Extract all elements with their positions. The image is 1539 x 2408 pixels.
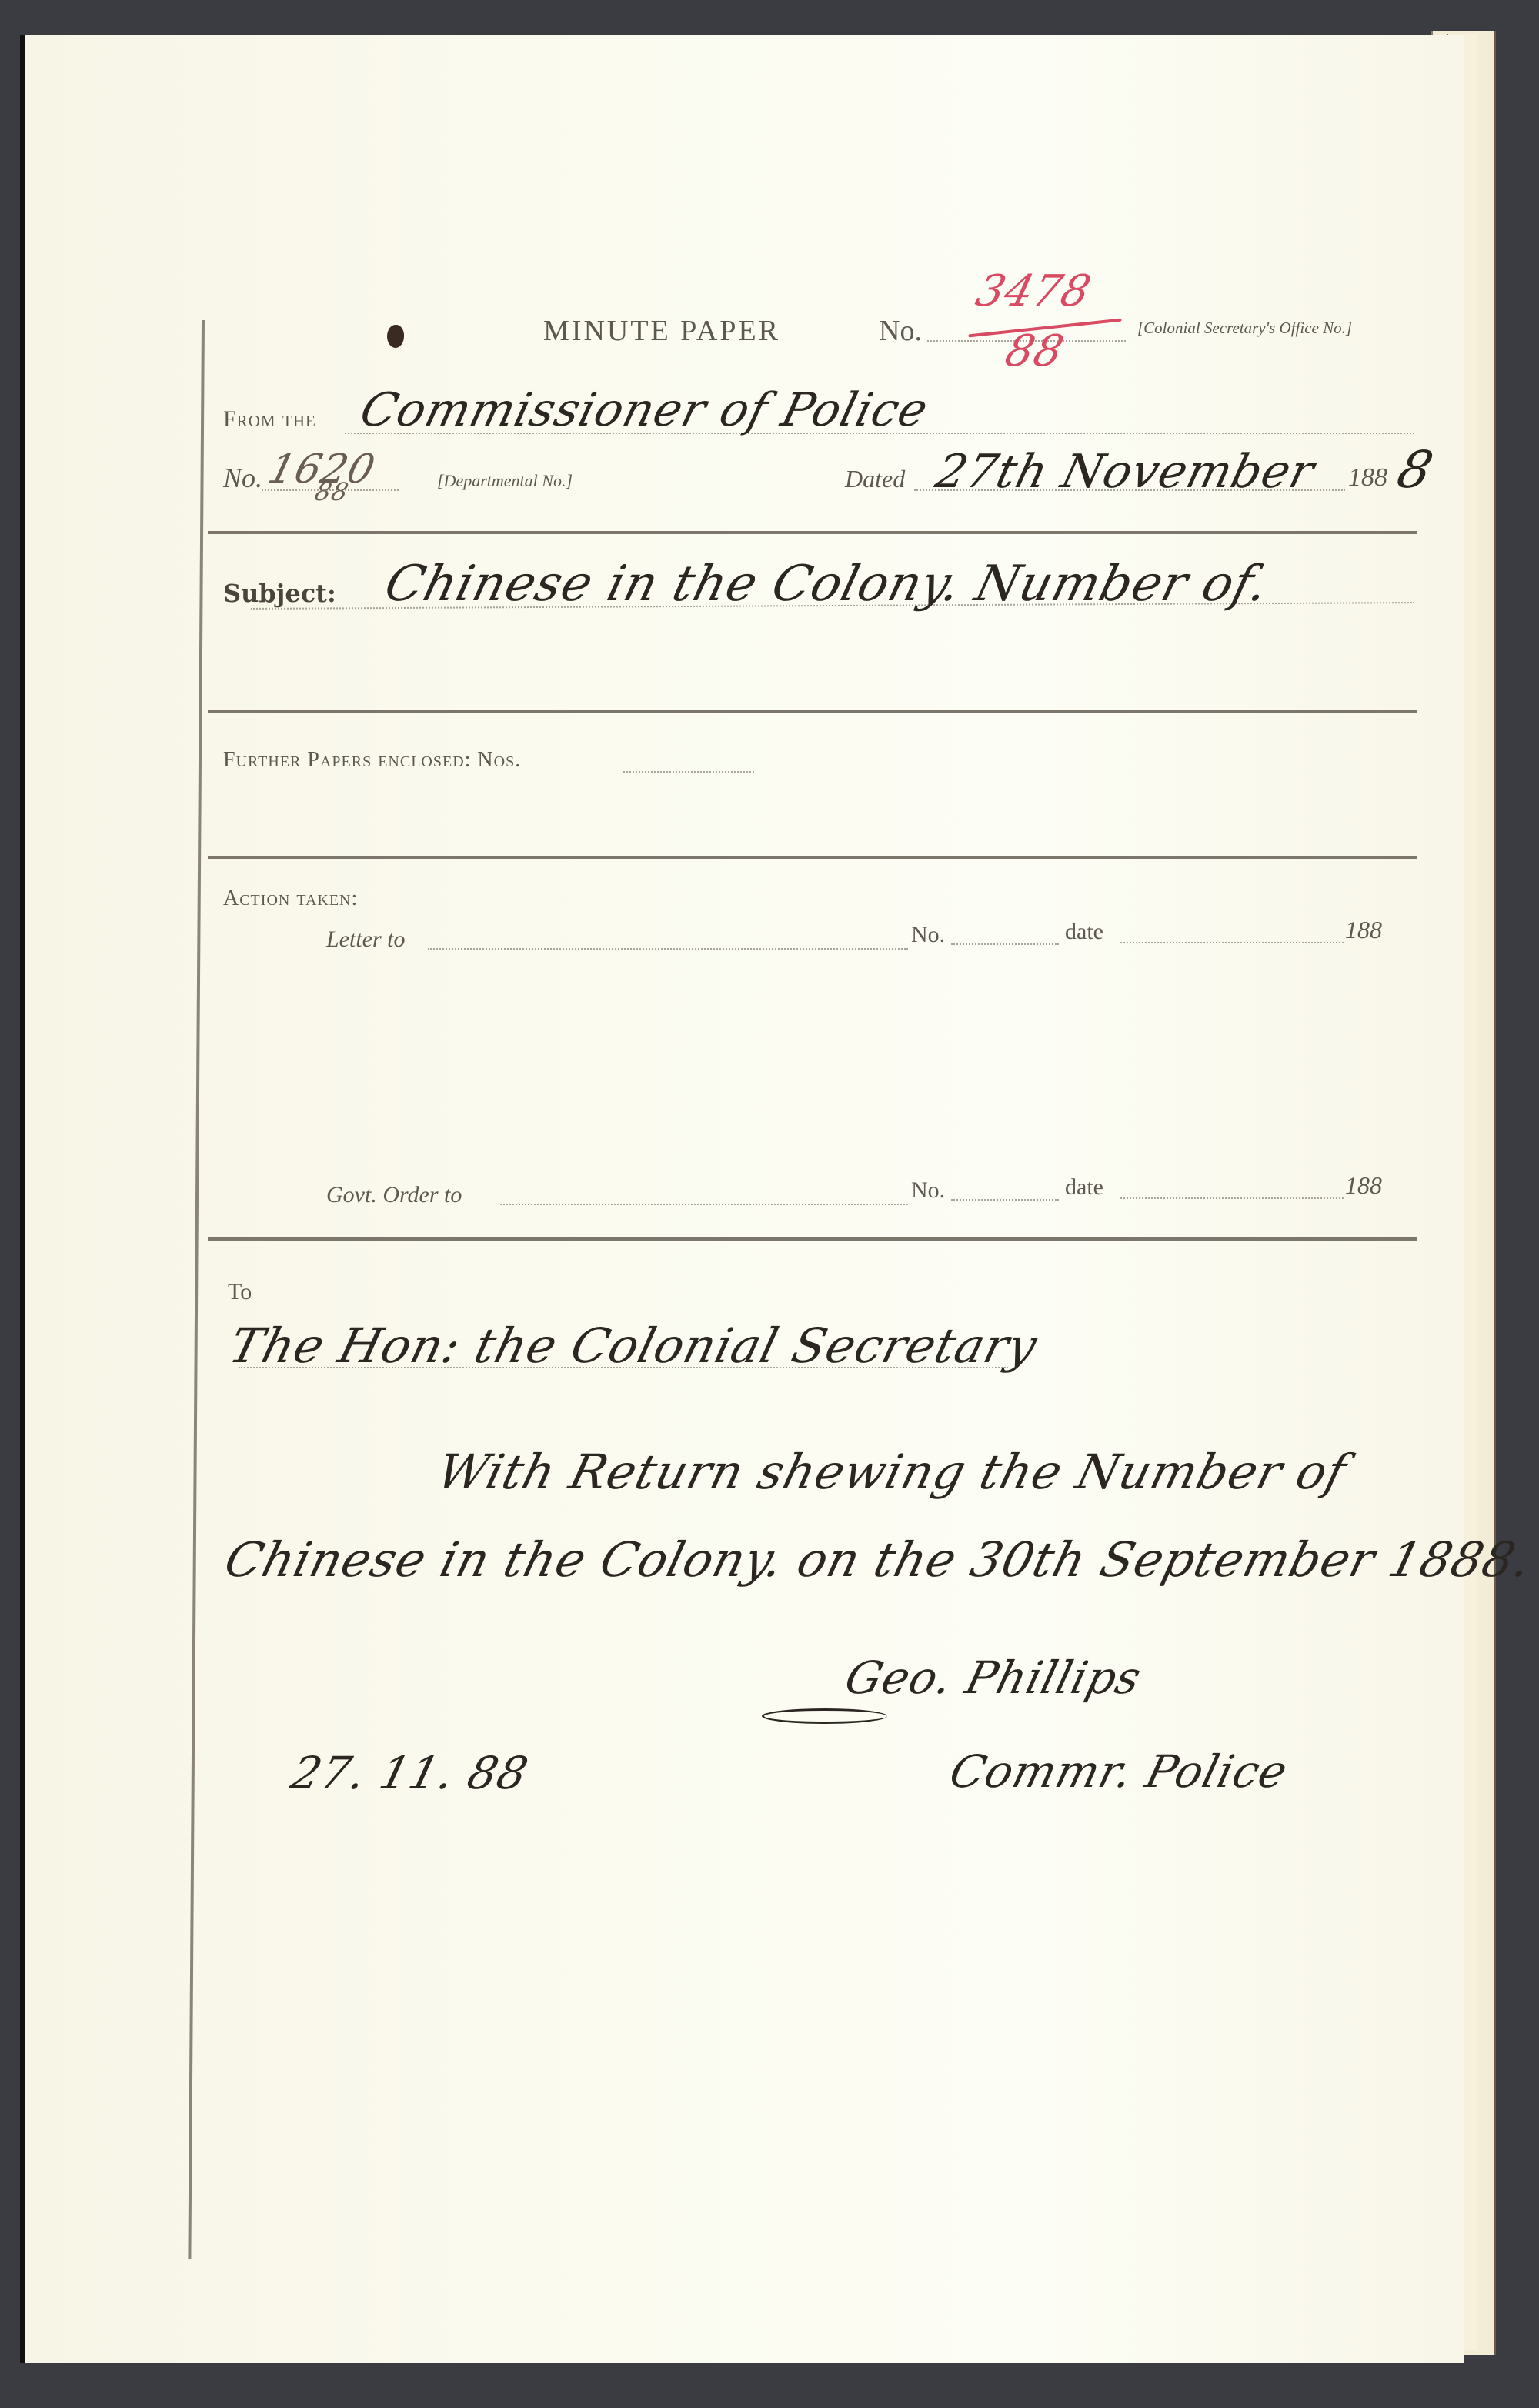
govt-order-no-label: No. [911, 1177, 945, 1204]
govt-order-year: 188 [1345, 1171, 1382, 1200]
signature-flourish [762, 1708, 887, 1724]
signature-title: Commr. Police [945, 1745, 1294, 1798]
letter-date-label: date [1065, 919, 1103, 945]
rule-after-action [208, 1237, 1417, 1241]
letter-year: 188 [1345, 916, 1382, 944]
minute-no-label: No. [879, 314, 922, 348]
minute-no-numerator: 3478 [971, 266, 1097, 316]
letter-date: 27. 11. 88 [286, 1747, 534, 1799]
dated-label: Dated [845, 465, 905, 493]
addressee: The Hon: the Colonial Secretary [224, 1318, 1043, 1374]
govt-order-label: Govt. Order to [326, 1182, 462, 1208]
to-label: To [228, 1279, 252, 1305]
action-label: Action taken: [223, 887, 358, 911]
letter-to-label: Letter to [326, 927, 406, 953]
year-printed: 188 [1348, 463, 1387, 493]
rule-after-further-papers [208, 856, 1417, 859]
govt-order-field[interactable] [500, 1204, 908, 1205]
rule-after-header [208, 531, 1417, 534]
body-line-1: With Return shewing the Number of [432, 1444, 1353, 1500]
subject-label: Subject: [223, 579, 336, 608]
from-label: From the [223, 406, 316, 433]
govt-order-date-label: date [1065, 1174, 1103, 1201]
govt-order-no-field[interactable] [951, 1199, 1059, 1201]
letter-to-field[interactable] [428, 948, 908, 950]
letter-no-field[interactable] [951, 943, 1059, 945]
form-title: MINUTE PAPER [543, 314, 780, 348]
letter-date-field[interactable] [1120, 942, 1344, 943]
rule-after-subject [208, 710, 1417, 713]
dept-note: [Departmental No.] [437, 471, 573, 491]
letter-no-label: No. [911, 922, 945, 948]
govt-order-date-field[interactable] [1120, 1197, 1344, 1199]
further-papers-field[interactable] [623, 771, 754, 773]
from-value: Commissioner of Police [355, 383, 933, 437]
further-papers-label: Further Papers enclosed: Nos. [223, 748, 521, 773]
dated-value: 27th November [930, 445, 1320, 499]
dept-no-label: No. [223, 462, 262, 494]
office-note: [Colonial Secretary's Office No.] [1137, 319, 1352, 338]
subject-value: Chinese in the Colony. Number of. [379, 556, 1274, 613]
signature: Geo. Phillips [840, 1652, 1147, 1704]
ink-blot [387, 325, 404, 348]
body-line-2: Chinese in the Colony. on the 30th Septe… [219, 1531, 1537, 1588]
